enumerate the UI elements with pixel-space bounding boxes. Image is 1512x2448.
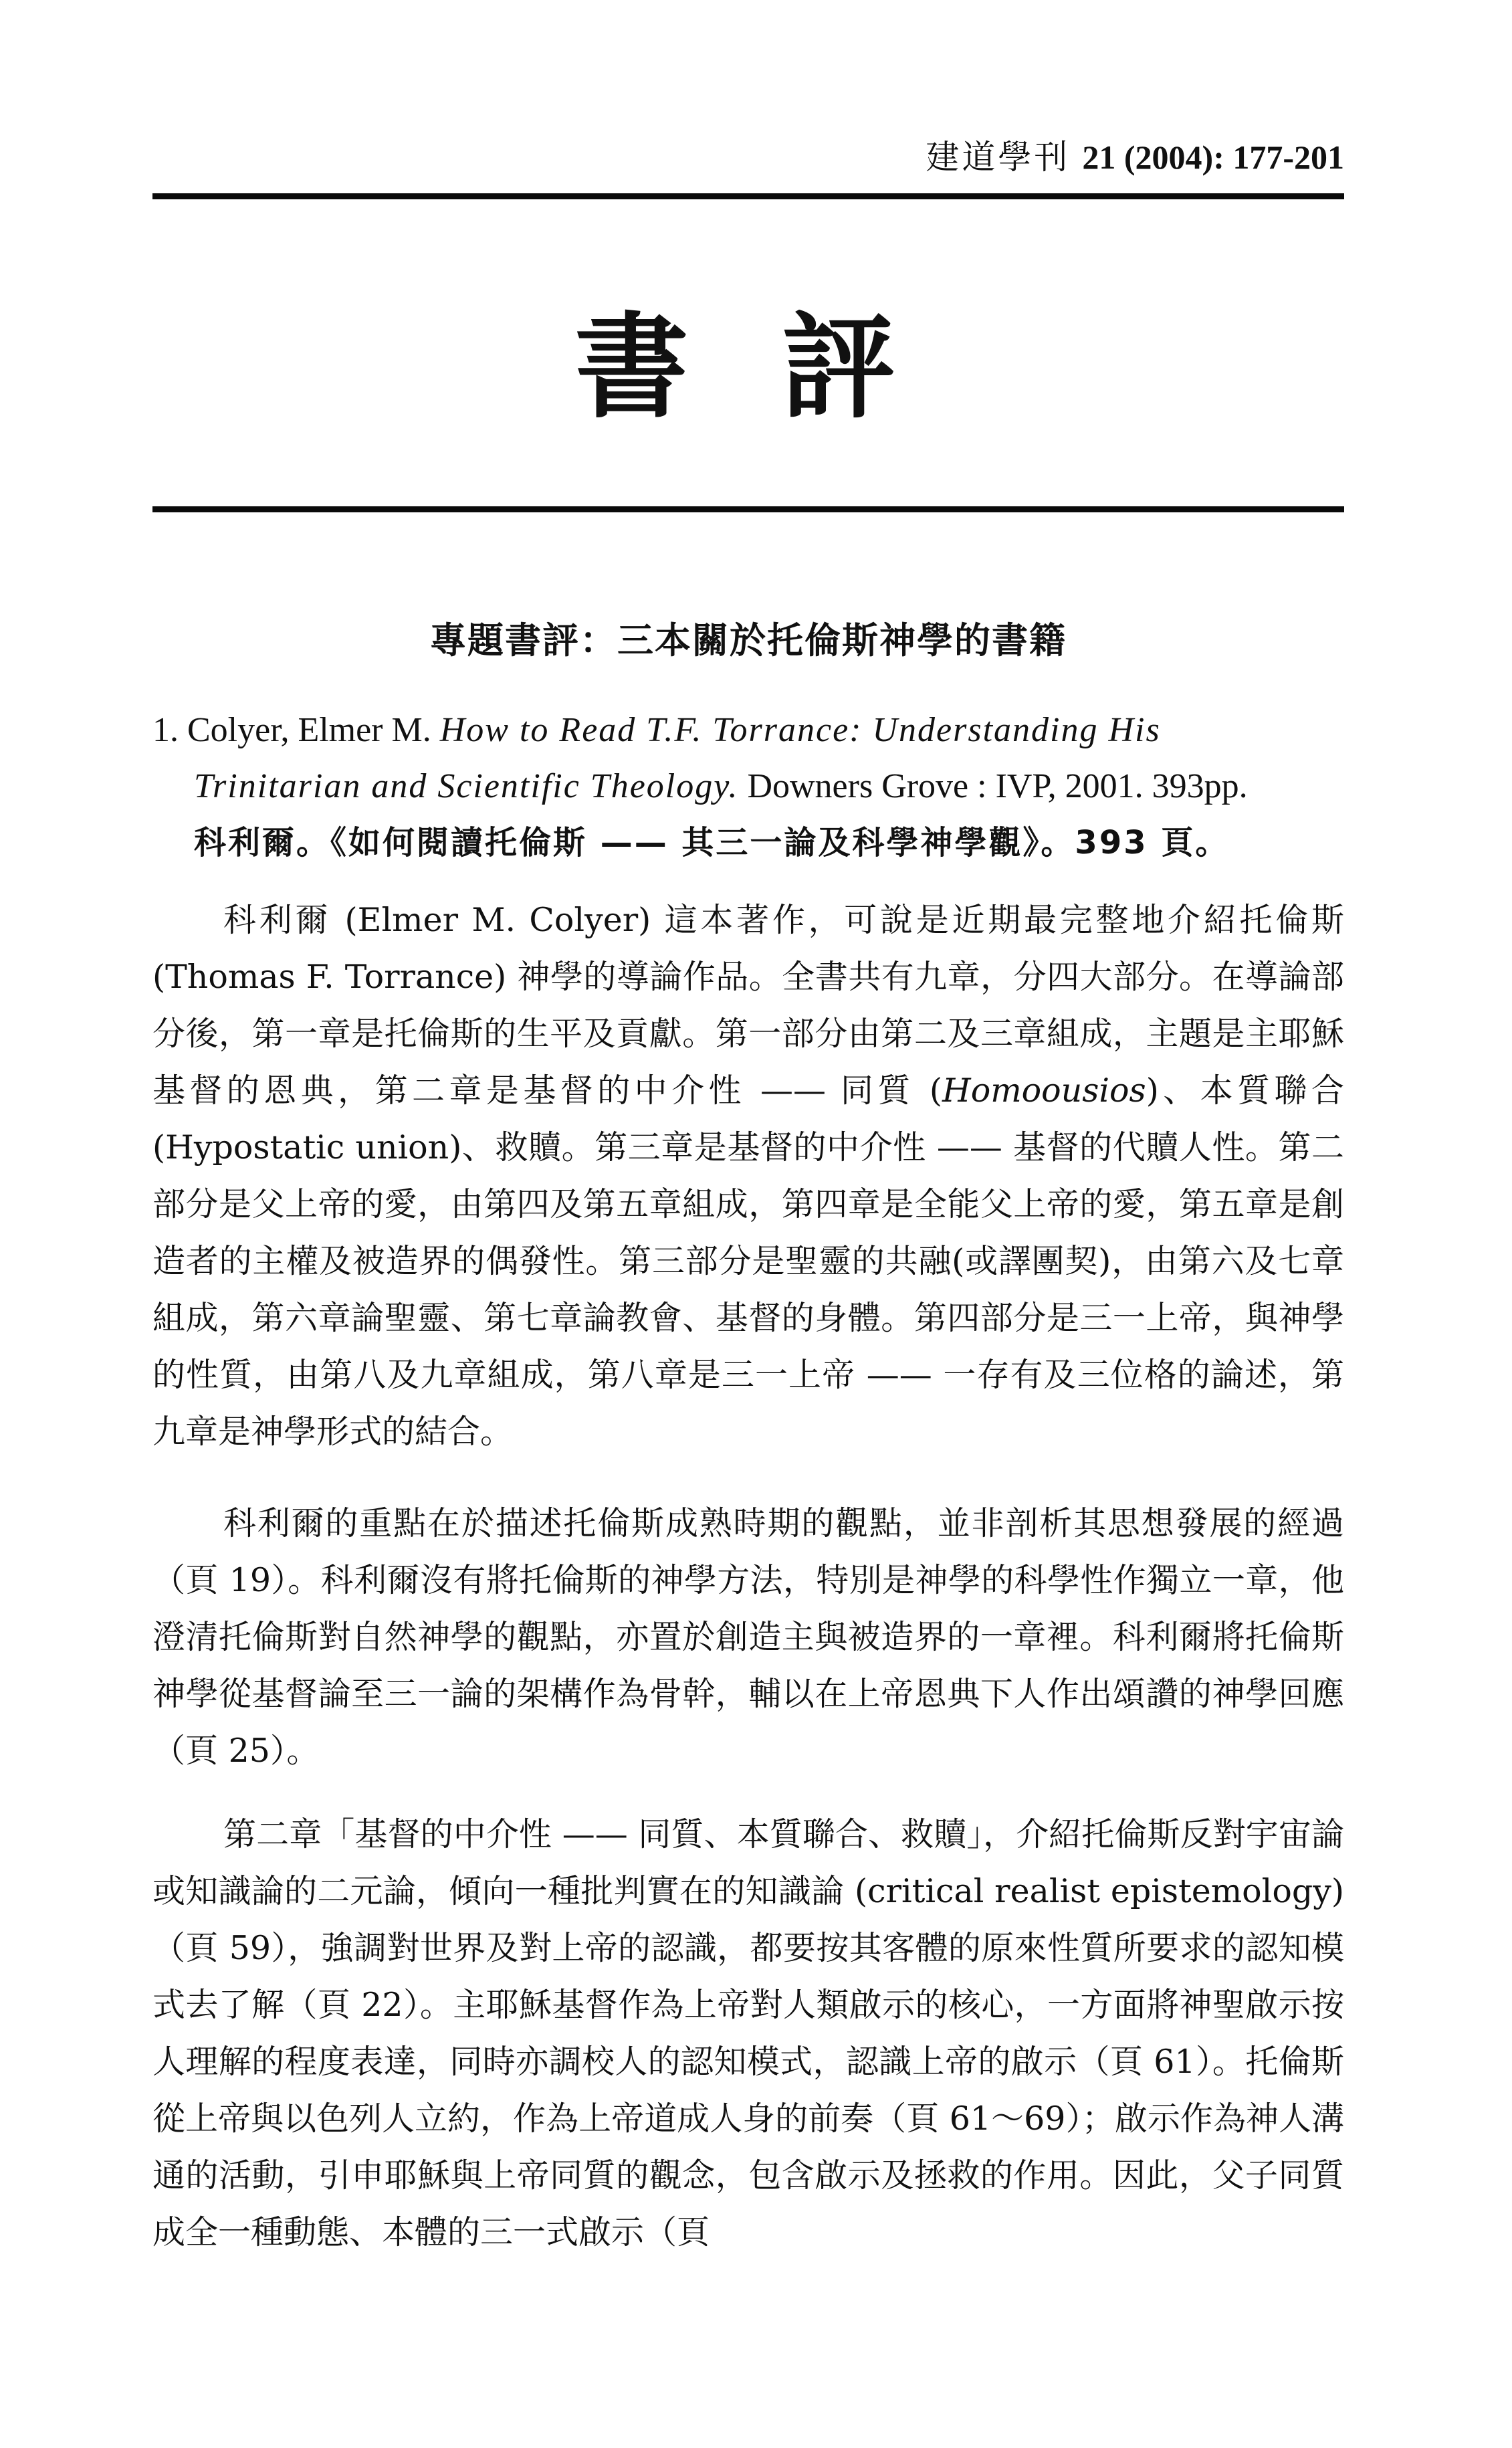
citation-line-2: Trinitarian and Scientific Theology. Dow…	[152, 758, 1344, 815]
citation-chinese: 科利爾。《如何閱讀托倫斯 —— 其三一論及科學神學觀》。393 頁。	[152, 815, 1344, 871]
book-citation: 1. Colyer, Elmer M. How to Read T.F. Tor…	[152, 702, 1344, 871]
body-paragraph-1: 科利爾 (Elmer M. Colyer) 這本著作，可說是近期最完整地介紹托倫…	[152, 892, 1344, 1460]
citation-publisher: Downers Grove : IVP, 2001. 393pp.	[747, 767, 1247, 805]
section-title: 書 評	[152, 294, 1344, 441]
citation-title-part-2: Trinitarian and Scientific Theology.	[194, 767, 738, 805]
volume-info: 21 (2004): 177-201	[1082, 138, 1344, 176]
journal-name: 建道學刊	[926, 138, 1070, 177]
review-subtitle: 專題書評：三本關於托倫斯神學的書籍	[152, 614, 1344, 668]
body-paragraph-2: 科利爾的重點在於描述托倫斯成熟時期的觀點，並非剖析其思想發展的經過（頁 19）。…	[152, 1495, 1344, 1779]
body-paragraph-3: 第二章「基督的中介性 —— 同質、本質聯合、救贖」，介紹托倫斯反對宇宙論或知識論…	[152, 1806, 1344, 2261]
italic-term: Homoousios	[942, 1072, 1146, 1110]
citation-title-part-1: How to Read T.F. Torrance: Understanding…	[440, 711, 1161, 749]
paragraph-text: )、本質聯合 (Hypostatic union)、救贖。第三章是基督的中介性 …	[152, 1072, 1344, 1451]
running-header: 建道學刊21 (2004): 177-201	[926, 137, 1344, 177]
citation-line-1: 1. Colyer, Elmer M. How to Read T.F. Tor…	[152, 702, 1344, 758]
header-rule	[152, 193, 1344, 199]
citation-number: 1.	[152, 711, 179, 749]
citation-author: Colyer, Elmer M.	[187, 711, 431, 749]
title-rule	[152, 506, 1344, 512]
